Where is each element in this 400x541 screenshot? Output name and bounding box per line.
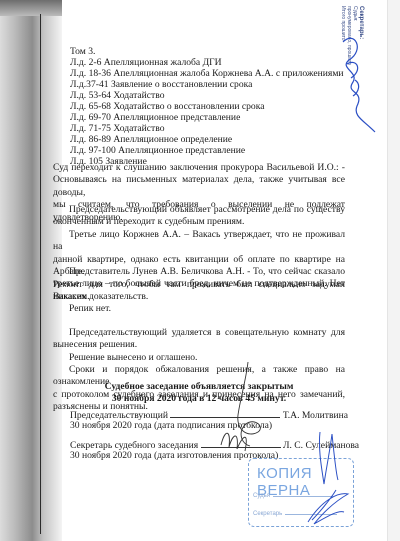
stamp-signature <box>278 430 358 530</box>
decision-line: Решение вынесено и оглашено. <box>53 352 345 364</box>
binding-top-shadow <box>0 0 62 16</box>
closing-time: 30 ноября 2020 года в 12 часов 45 минут. <box>53 393 345 405</box>
text-line: Председательствующий объявляет рассмотре… <box>53 204 345 216</box>
presiding-paragraph: Председательствующий объявляет рассмотре… <box>53 204 345 229</box>
representative-paragraph: Представитель Лунев А.В. Беличкова А.Н. … <box>53 266 345 303</box>
text-line: вынесения решения. <box>53 339 345 351</box>
text-line: Третье лицо Коржнев А.А. – Вакась утверж… <box>53 229 345 254</box>
text-line: оконченным и переходит к судебным прения… <box>53 216 345 228</box>
text-line: Основываясь на письменных материалах дел… <box>53 174 345 199</box>
page-edge <box>387 0 400 541</box>
presiding-name: Т.А. Молитвина <box>283 410 348 421</box>
binding-crease <box>40 14 41 534</box>
closing-statement: Судебное заседание объявляется закрытым … <box>53 381 345 404</box>
stamp-judge-label: Судья <box>253 493 270 499</box>
retire-paragraph: Председательствующий удаляется в совещат… <box>53 327 345 352</box>
text-line: Суд переходит к слушанию заключения прок… <box>53 162 345 174</box>
replies-line: Репик нет. <box>53 303 345 315</box>
text-line: Репик нет. <box>53 303 345 315</box>
text-line: третье лицо – по большей части бред, нич… <box>53 278 345 290</box>
secretary-signature <box>215 425 255 455</box>
closing-line: Судебное заседание объявляется закрытым <box>53 381 345 393</box>
text-line: Председательствующий удаляется в совещат… <box>53 327 345 339</box>
text-line: Представитель Лунев А.В. Беличкова А.Н. … <box>53 266 345 278</box>
text-line: Решение вынесено и оглашено. <box>53 352 345 364</box>
text-line: никаких доказательств. <box>53 291 345 303</box>
